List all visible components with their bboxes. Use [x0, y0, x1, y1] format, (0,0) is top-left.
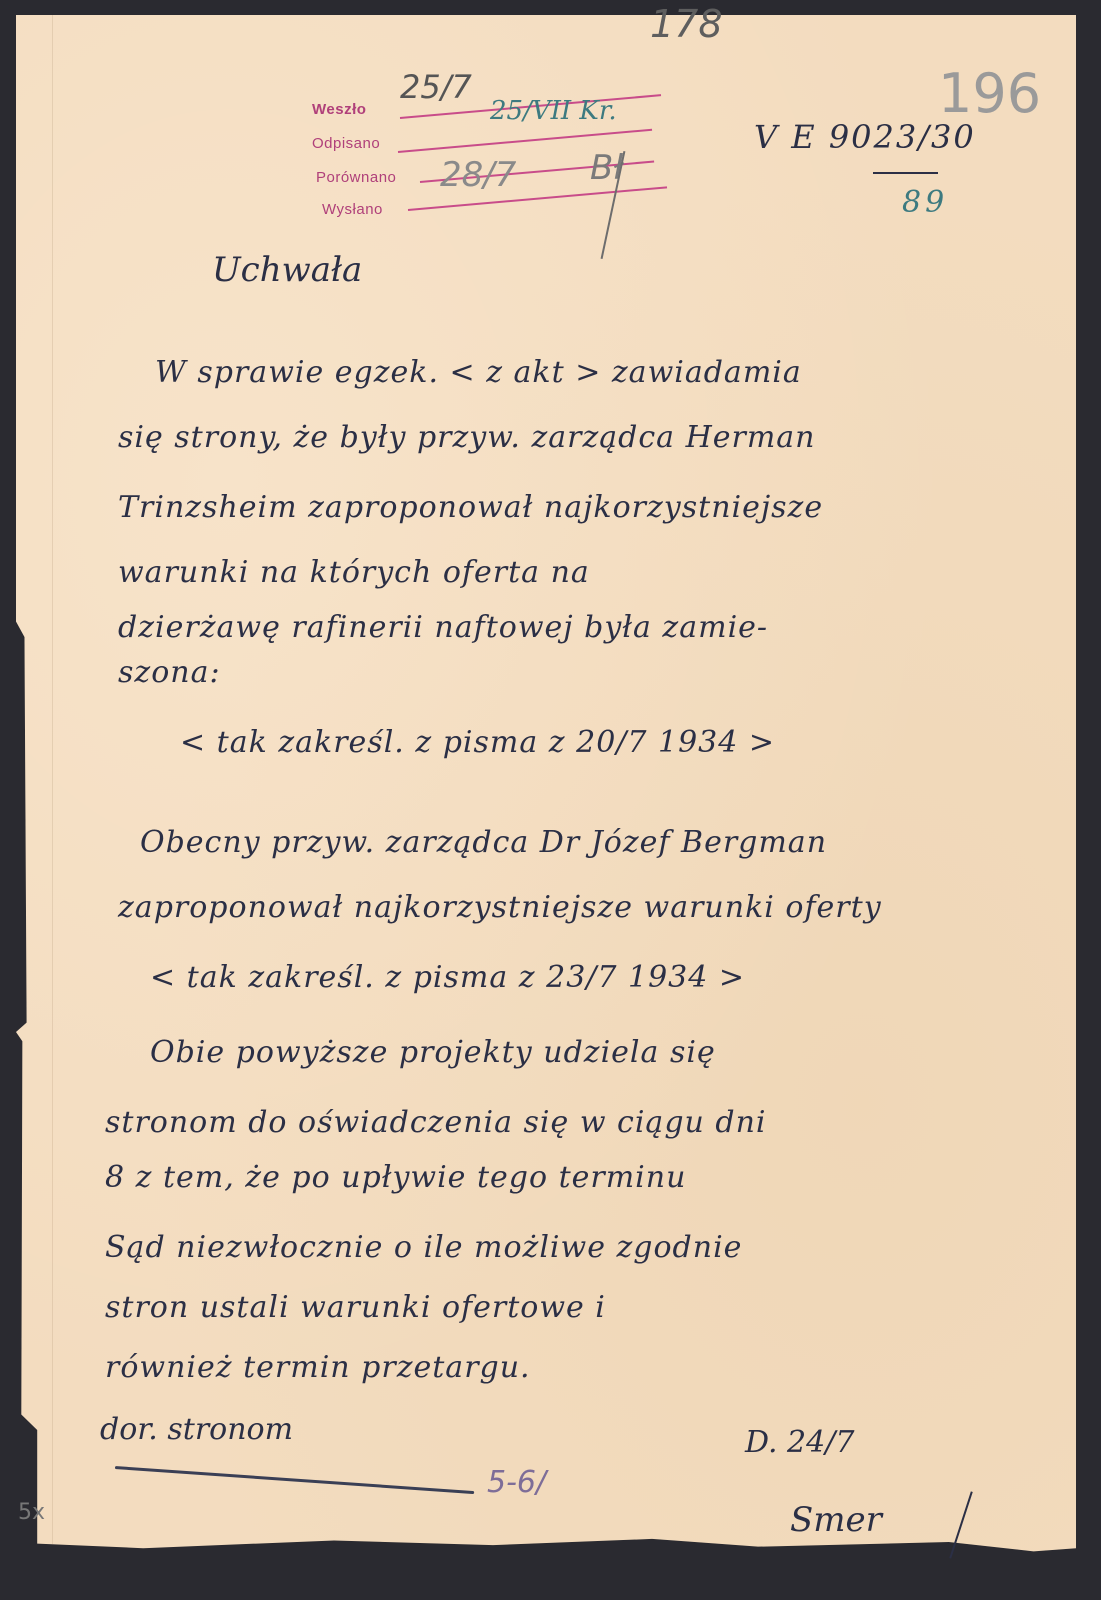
page-number-top: 178: [650, 2, 723, 46]
document-page: [16, 15, 1076, 1570]
signature: Smer: [790, 1500, 882, 1540]
text-line: warunki na których oferta na: [118, 555, 590, 590]
case-number: V E 9023/30: [754, 118, 976, 156]
stamp-field-weszlo: Weszło: [312, 101, 366, 118]
text-line: 8 z tem, że po upływie tego terminu: [105, 1160, 686, 1195]
closing-date: D. 24/7: [745, 1425, 854, 1460]
stamp-entry-received: 25/7: [400, 68, 472, 106]
citation-1: < tak zakreśl. z pisma z 20/7 1934 >: [180, 725, 775, 760]
addressee-line: dor. stronom: [100, 1412, 293, 1447]
stamp-field-odpisano: Odpisano: [312, 135, 380, 152]
stamp-teal-note: 25/VII Kr.: [490, 96, 617, 126]
stamp-label: Odpisano: [312, 135, 380, 152]
stamp-field-wyslano: Wysłano: [322, 201, 383, 218]
stamp-entry-sent: 28/7: [440, 155, 516, 195]
citation-2: < tak zakreśl. z pisma z 23/7 1934 >: [150, 960, 745, 995]
text-line: się strony, że były przyw. zarządca Herm…: [118, 420, 816, 455]
left-margin-mark: 5x: [18, 1500, 45, 1525]
stamp-label: Wysłano: [322, 201, 383, 218]
stamp-label: Porównano: [316, 169, 396, 186]
paper-fold: [52, 15, 53, 1570]
page-number-corner: 196: [938, 62, 1041, 125]
document-heading: Uchwała: [212, 250, 362, 290]
text-line: Obecny przyw. zarządca Dr Józef Bergman: [140, 825, 827, 860]
text-line: Obie powyższe projekty udziela się: [150, 1035, 716, 1070]
text-line: stron ustali warunki ofertowe i: [105, 1290, 606, 1325]
text-line: zaproponował najkorzystniejsze warunki o…: [118, 890, 882, 925]
text-line: Sąd niezwłocznie o ile możliwe zgodnie: [105, 1230, 742, 1265]
text-line: stronom do oświadczenia się w ciągu dni: [105, 1105, 767, 1140]
case-number-underline: [873, 172, 938, 174]
pencil-margin-note: 5-6/: [487, 1465, 546, 1500]
stamp-field-porownano: Porównano: [316, 169, 396, 186]
case-sub-number: 89: [902, 185, 948, 220]
text-line: Trinzsheim zaproponował najkorzystniejsz…: [118, 490, 823, 525]
text-line: szona:: [118, 655, 221, 690]
text-line: dzierżawę rafinerii naftowej była zamie-: [118, 610, 768, 645]
stamp-label: Weszło: [312, 101, 366, 118]
text-line: W sprawie egzek. < z akt > zawiadamia: [155, 355, 802, 390]
text-line: również termin przetargu.: [105, 1350, 531, 1385]
